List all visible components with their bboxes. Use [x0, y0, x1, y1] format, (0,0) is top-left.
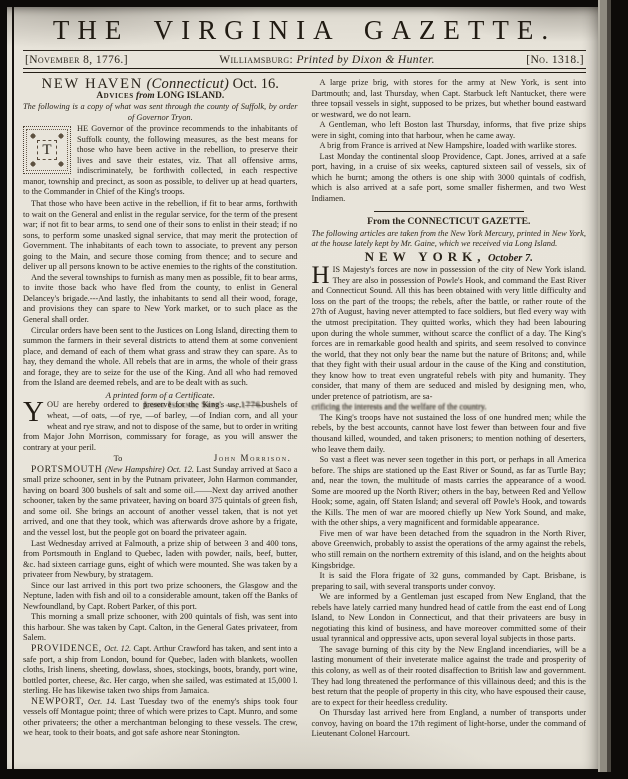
dateline-portsmouth-colony: (New Hampshire): [105, 465, 165, 474]
headline-new-york-date: October 7.: [488, 253, 533, 264]
paragraph: Since our last arrived in this port two …: [23, 581, 298, 613]
paragraph-text: IS Majesty's forces are now in possessio…: [312, 265, 587, 401]
certificate-title: A printed form of a Certificate.: [23, 390, 298, 401]
signature-to: To: [114, 454, 123, 465]
paragraph: Five men of war have been detached from …: [312, 529, 587, 571]
dateline-providence: PROVIDENCE,: [31, 643, 102, 654]
headline-new-york-place: NEW YORK,: [365, 249, 486, 264]
signature-name: John Morrison.: [214, 453, 292, 464]
paragraph: Circular orders have been sent to the Ju…: [23, 326, 298, 389]
dateline-newport-date: Oct. 14.: [88, 697, 117, 706]
paragraph: A brig from France is arrived at New Ham…: [312, 141, 587, 152]
paragraph: H IS Majesty's forces are now in possess…: [312, 265, 587, 402]
headline-new-york: NEW YORK, October 7.: [312, 252, 587, 265]
paragraph: A Gentleman, who left Boston last Thursd…: [312, 120, 587, 141]
subhead-from-word: from: [136, 91, 155, 101]
dateline-imprint: Williamsburg: Printed by Dixon & Hunter.: [219, 54, 435, 66]
section-divider-rule: [374, 211, 524, 213]
scan-edge-top: [0, 0, 628, 7]
masthead: THE VIRGINIA GAZETTE. [November 8, 1776.…: [23, 15, 586, 73]
dateline-date: [November 8, 1776.]: [25, 54, 128, 66]
ornamental-initial-frame-icon: T: [23, 126, 71, 174]
dateline-newport: NEWPORT,: [31, 696, 84, 707]
dateline-printer: Printed by Dixon & Hunter.: [296, 54, 434, 66]
section-head-connecticut-gazette: From the CONNECTICUT GAZETTE.: [312, 217, 587, 228]
paragraph-portsmouth: PORTSMOUTH (New Hampshire) Oct. 12. Last…: [23, 465, 298, 539]
scan-edge-bottom: [0, 772, 628, 779]
dateline-double-rule: [23, 68, 586, 73]
paragraph: The savage burning of this city by the N…: [312, 645, 587, 708]
paragraph: The King's troops have not sustained the…: [312, 413, 587, 455]
paragraph: And the several townships to furnish as …: [23, 273, 298, 326]
paragraph-newport: NEWPORT, Oct. 14. Last Tuesday two of th…: [23, 697, 298, 739]
newspaper-page: THE VIRGINIA GAZETTE. [November 8, 1776.…: [7, 7, 598, 769]
paragraph: So vast a fleet was never seen together …: [312, 455, 587, 529]
newspaper-title: THE VIRGINIA GAZETTE.: [23, 15, 586, 46]
paragraph: T HE Governor of the province recommends…: [23, 124, 298, 198]
page-left-border-line: [12, 7, 14, 769]
paragraph: That those who have been active in the r…: [23, 199, 298, 273]
subhead-advices-word: Advices: [96, 91, 133, 101]
paragraph: A large prize brig, with stores for the …: [312, 78, 587, 120]
certificate-dateline: Long Island, Sept. —, 1776.: [23, 400, 298, 411]
ornamental-initial-inner-frame: T: [37, 140, 57, 160]
smudged-print-line: crificing the interests and the welfare …: [312, 402, 587, 413]
paragraph-providence: PROVIDENCE, Oct. 12. Capt. Arthur Crawfo…: [23, 644, 298, 697]
paragraph-text: Last Sunday arrived at Saco a small priz…: [23, 465, 298, 537]
dateline-city: Williamsburg:: [219, 54, 293, 66]
paragraph: On Thursday last arrived here from Engla…: [312, 708, 587, 740]
dateline-portsmouth-date: Oct. 12.: [167, 465, 194, 474]
dateline-portsmouth: PORTSMOUTH: [31, 464, 102, 475]
paragraph: Last Wednesday arrived at Falmouth, a pr…: [23, 539, 298, 581]
drop-cap-H: H: [312, 265, 333, 286]
right-column: A large prize brig, with stores for the …: [312, 78, 587, 740]
paragraph: Last Monday the continental sloop Provid…: [312, 152, 587, 205]
dateline: [November 8, 1776.] Williamsburg: Printe…: [23, 51, 586, 68]
dateline-issue-number: [No. 1318.]: [526, 54, 584, 66]
subhead-advices: Advices from LONG ISLAND.: [23, 91, 298, 102]
left-column: NEW HAVEN (Connecticut) Oct. 16. Advices…: [23, 78, 298, 740]
paragraph: It is said the Flora frigate of 32 guns,…: [312, 571, 587, 592]
paragraph: This morning a small prize schooner, wit…: [23, 612, 298, 644]
headline-new-haven: NEW HAVEN (Connecticut) Oct. 16.: [23, 79, 298, 90]
scan-edge-right: [598, 0, 628, 779]
paragraph: We are informed by a Gentleman just esca…: [312, 592, 587, 645]
dateline-providence-date: Oct. 12.: [104, 644, 131, 653]
section-head-from-the: From the: [367, 216, 405, 227]
section-head-paper-name: CONNECTICUT GAZETTE.: [407, 216, 530, 227]
page-content: THE VIRGINIA GAZETTE. [November 8, 1776.…: [7, 7, 598, 740]
drop-cap-T: T: [42, 143, 51, 158]
attribution-note: The following articles are taken from th…: [312, 229, 587, 250]
article-columns: NEW HAVEN (Connecticut) Oct. 16. Advices…: [23, 78, 586, 740]
article-intro: The following is a copy of what was sent…: [23, 102, 298, 123]
headline-date: Oct. 16.: [233, 76, 279, 92]
subhead-long-island: LONG ISLAND.: [157, 91, 224, 101]
